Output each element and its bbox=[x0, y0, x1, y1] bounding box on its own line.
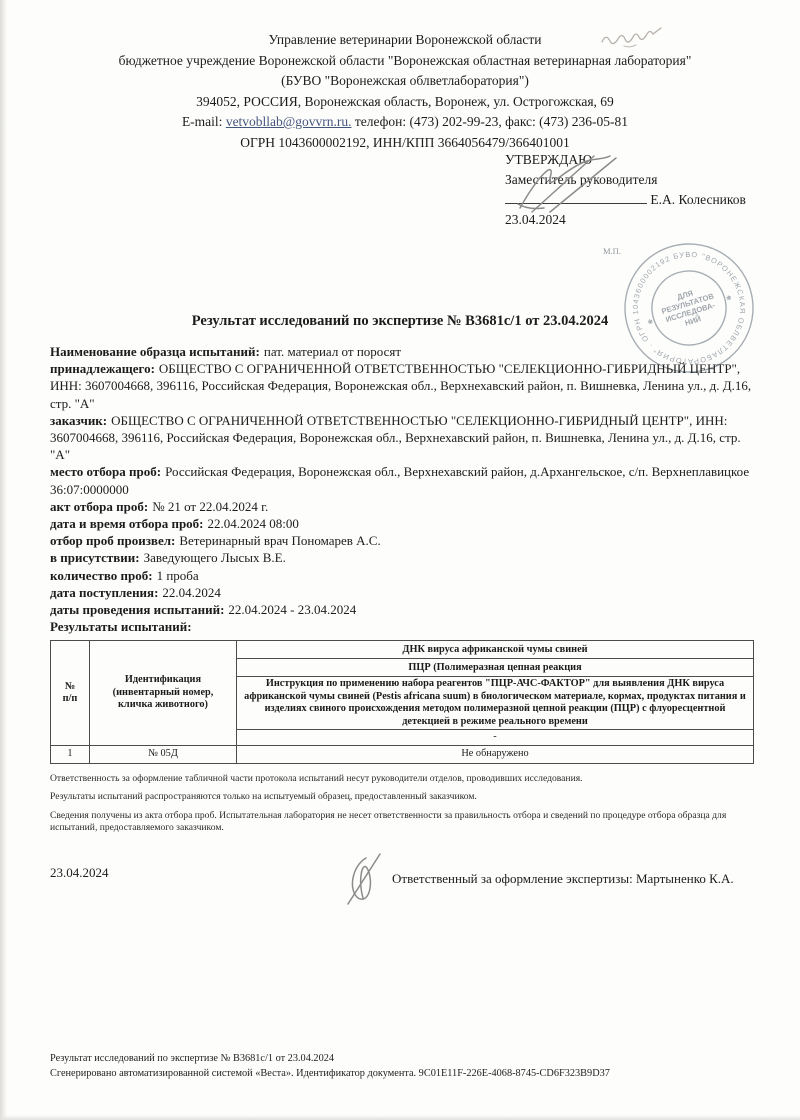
col-header-num: № п/п bbox=[51, 641, 90, 746]
note-2: Результаты испытаний распространяются то… bbox=[50, 791, 756, 803]
document-page: Управление ветеринарии Воронежской облас… bbox=[0, 0, 800, 1120]
method-detail-header: Инструкция по применению набора реагенто… bbox=[237, 677, 754, 730]
signoff-right: Ответственный за оформление экспертизы: … bbox=[340, 850, 734, 908]
scan-edge-bottom bbox=[0, 1115, 800, 1120]
approver-name: Е.А. Колесников bbox=[650, 192, 746, 207]
row-num: 1 bbox=[51, 745, 90, 763]
row-result: Не обнаружено bbox=[237, 745, 754, 763]
org-address: 394052, РОССИЯ, Воронежская область, Вор… bbox=[60, 92, 750, 113]
signoff-row: 23.04.2024 Ответственный за оформление э… bbox=[50, 850, 756, 908]
svg-text:✻: ✻ bbox=[726, 294, 733, 302]
field-sampler: отбор проб произвел:Ветеринарный врач По… bbox=[50, 532, 756, 549]
signature-line bbox=[505, 190, 647, 204]
row-sample-id: № 05Д bbox=[90, 745, 237, 763]
responsible-signature bbox=[340, 850, 388, 908]
field-testing-dates: даты проведения испытаний:22.04.2024 - 2… bbox=[50, 601, 756, 618]
email-link[interactable]: vetvobllab@govvrn.ru. bbox=[226, 114, 352, 129]
org-contacts: E-mail: vetvobllab@govvrn.ru. телефон: (… bbox=[60, 112, 750, 133]
org-name: Управление ветеринарии Воронежской облас… bbox=[60, 30, 750, 51]
org-shortname: (БУВО "Воронежская облветлаборатория") bbox=[60, 71, 750, 92]
org-header: Управление ветеринарии Воронежской облас… bbox=[60, 30, 750, 153]
results-table: № п/п Идентификация (инвентарный номер, … bbox=[50, 640, 754, 764]
scan-edge-left bbox=[0, 0, 7, 1120]
signoff-date: 23.04.2024 bbox=[50, 850, 340, 881]
approve-label: УТВЕРЖДАЮ bbox=[505, 150, 775, 170]
note-3: Сведения получены из акта отбора проб. И… bbox=[50, 810, 756, 834]
field-sampling-place: место отбора проб:Российская Федерация, … bbox=[50, 463, 756, 497]
field-owner: принадлежащего:ОБЩЕСТВО С ОГРАНИЧЕННОЙ О… bbox=[50, 360, 756, 412]
org-fullname: бюджетное учреждение Воронежской области… bbox=[60, 51, 750, 72]
field-sampling-datetime: дата и время отбора проб:22.04.2024 08:0… bbox=[50, 515, 756, 532]
field-sample-name: Наименование образца испытаний:пат. мате… bbox=[50, 343, 756, 360]
sub-header: - bbox=[237, 730, 754, 746]
method-header: ПЦР (Полимеразная цепная реакция bbox=[237, 659, 754, 677]
table-header-row-test: № п/п Идентификация (инвентарный номер, … bbox=[51, 641, 754, 659]
field-customer: заказчик:ОБЩЕСТВО С ОГРАНИЧЕННОЙ ОТВЕТСТ… bbox=[50, 412, 756, 464]
footer-line1: Результат исследований по экспертизе № В… bbox=[50, 1051, 750, 1066]
disclaimer-notes: Ответственность за оформление табличной … bbox=[50, 773, 756, 834]
phone-fax: телефон: (473) 202-99-23, факс: (473) 23… bbox=[355, 114, 628, 129]
email-label: E-mail: bbox=[182, 114, 223, 129]
document-body: Наименование образца испытаний:пат. мате… bbox=[50, 343, 756, 908]
field-witness: в присутствии:Заведующего Лысых В.Е. bbox=[50, 549, 756, 566]
results-label: Результаты испытаний: bbox=[50, 618, 756, 635]
note-1: Ответственность за оформление табличной … bbox=[50, 773, 756, 785]
footer-line2: Сгенерировано автоматизированной системо… bbox=[50, 1066, 750, 1081]
field-sample-count: количество проб:1 проба bbox=[50, 567, 756, 584]
document-title: Результат исследований по экспертизе № В… bbox=[0, 313, 800, 330]
col-header-id: Идентификация (инвентарный номер, кличка… bbox=[90, 641, 237, 746]
field-receipt-date: дата поступления:22.04.2024 bbox=[50, 584, 756, 601]
approver-position: Заместитель руководителя bbox=[505, 170, 775, 190]
table-row: 1 № 05Д Не обнаружено bbox=[51, 745, 754, 763]
test-group-header: ДНК вируса африканской чумы свиней bbox=[237, 641, 754, 659]
responsible-label: Ответственный за оформление экспертизы: … bbox=[392, 870, 734, 887]
field-sampling-act: акт отбора проб:№ 21 от 22.04.2024 г. bbox=[50, 498, 756, 515]
page-footer: Результат исследований по экспертизе № В… bbox=[50, 1051, 750, 1081]
